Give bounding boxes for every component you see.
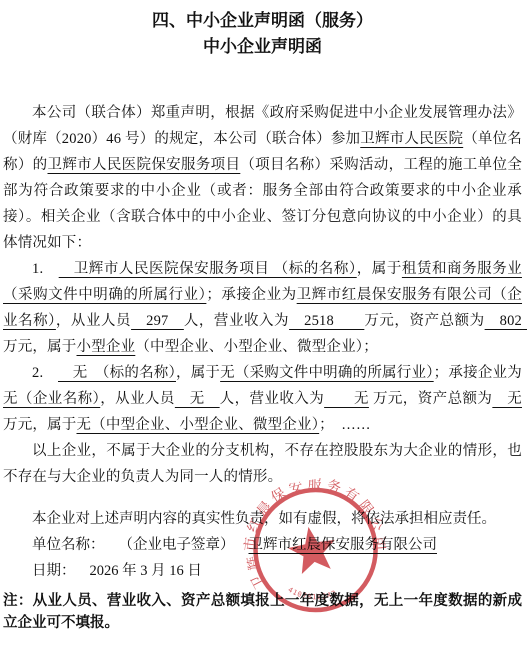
filled-blank: 无 bbox=[492, 391, 522, 407]
paragraph-closing: 以上企业，不属于大企业的分支机构，不存在控股股东为大企业的情形，也不存在与大企业… bbox=[3, 438, 522, 490]
text-run: ，从业人员 bbox=[56, 313, 131, 329]
filled-blank: 无（中型企业、小型企业、微型企业） bbox=[77, 417, 320, 433]
date-label: 日期： bbox=[32, 563, 76, 579]
unit-name-label: 单位名称： bbox=[32, 537, 105, 553]
filled-blank: 297 bbox=[131, 313, 184, 329]
text-run: 人，营业收入为 bbox=[184, 313, 289, 329]
text-run: ，属于 bbox=[176, 365, 220, 381]
filled-blank: 802 bbox=[485, 313, 527, 329]
filled-blank: 无 bbox=[175, 391, 220, 407]
filled-blank: 2518 bbox=[289, 313, 364, 329]
esignature-note: （企业电子签章） bbox=[119, 537, 235, 553]
text-run: ； …… bbox=[319, 417, 371, 433]
date-value: 2026 年 3 月 16 日 bbox=[90, 563, 202, 579]
filled-blank: 卫辉市人民医院 bbox=[360, 131, 463, 147]
document-title: 中小企业声明函 bbox=[3, 34, 522, 60]
text-run: ，从业人员 bbox=[100, 391, 175, 407]
filled-blank: 无（企业名称） bbox=[3, 391, 100, 407]
responsibility-statement: 本企业对上述声明内容的真实性负责，如有虚假，将依法承担相应责任。 bbox=[32, 506, 522, 532]
paragraph-item-1: 1. 卫辉市人民医院保安服务项目 （标的名称），属于租赁和商务服务业（采购文件中… bbox=[3, 256, 522, 360]
filled-blank: 卫辉市人民医院保安服务项目 bbox=[48, 157, 241, 173]
text-run: 万元，属于 bbox=[3, 339, 77, 355]
text-run: 万元，资产总额为 bbox=[364, 313, 484, 329]
declaration-body: 本公司（联合体）郑重声明，根据《政府采购促进中小企业发展管理办法》（财库（202… bbox=[3, 100, 522, 490]
filled-blank: 卫辉市人民医院保安服务项目 （标的名称） bbox=[59, 261, 357, 277]
date-line: 日期：2026 年 3 月 16 日 bbox=[32, 558, 522, 584]
section-title: 四、中小企业声明函（服务） bbox=[3, 8, 522, 34]
filled-blank: 无 （标的名称） bbox=[58, 365, 176, 381]
text-run: ，属于 bbox=[357, 261, 402, 277]
paragraph-intro: 本公司（联合体）郑重声明，根据《政府采购促进中小企业发展管理办法》（财库（202… bbox=[3, 100, 522, 256]
text-run: ；承接企业为 bbox=[434, 365, 522, 381]
text-run: 万元，资产总额为 bbox=[369, 391, 492, 407]
company-name: 卫辉市红晨保安服务有限公司 bbox=[249, 537, 438, 553]
text-run: ；承接企业为 bbox=[206, 287, 296, 303]
text-run: （中型企业、小型企业、微型企业）； bbox=[135, 339, 378, 355]
footnote: 注：从业人员、营业收入、资产总额填报上一年度数据，无上一年度数据的新成立企业可不… bbox=[3, 590, 522, 634]
text-run: 万元，属于 bbox=[3, 417, 77, 433]
unit-name-line: 单位名称：（企业电子签章）卫辉市红晨保安服务有限公司 bbox=[32, 532, 522, 558]
text-run: 以上企业，不属于大企业的分支机构，不存在控股股东为大企业的情形，也不存在与大企业… bbox=[3, 443, 522, 485]
filled-blank: 无（采购文件中明确的所属行业） bbox=[220, 365, 434, 381]
text-run: 人，营业收入为 bbox=[220, 391, 324, 407]
signature-block: 本企业对上述声明内容的真实性负责，如有虚假，将依法承担相应责任。 单位名称：（企… bbox=[3, 506, 522, 584]
text-run: 1. bbox=[32, 261, 59, 277]
text-run: 2. bbox=[32, 365, 58, 381]
paragraph-item-2: 2. 无 （标的名称），属于无（采购文件中明确的所属行业）；承接企业为无（企业名… bbox=[3, 360, 522, 438]
filled-blank: 无 bbox=[324, 391, 369, 407]
filled-blank: 小型企业 bbox=[77, 339, 136, 355]
sme-declaration-document: 四、中小企业声明函（服务） 中小企业声明函 本公司（联合体）郑重声明，根据《政府… bbox=[0, 0, 527, 660]
